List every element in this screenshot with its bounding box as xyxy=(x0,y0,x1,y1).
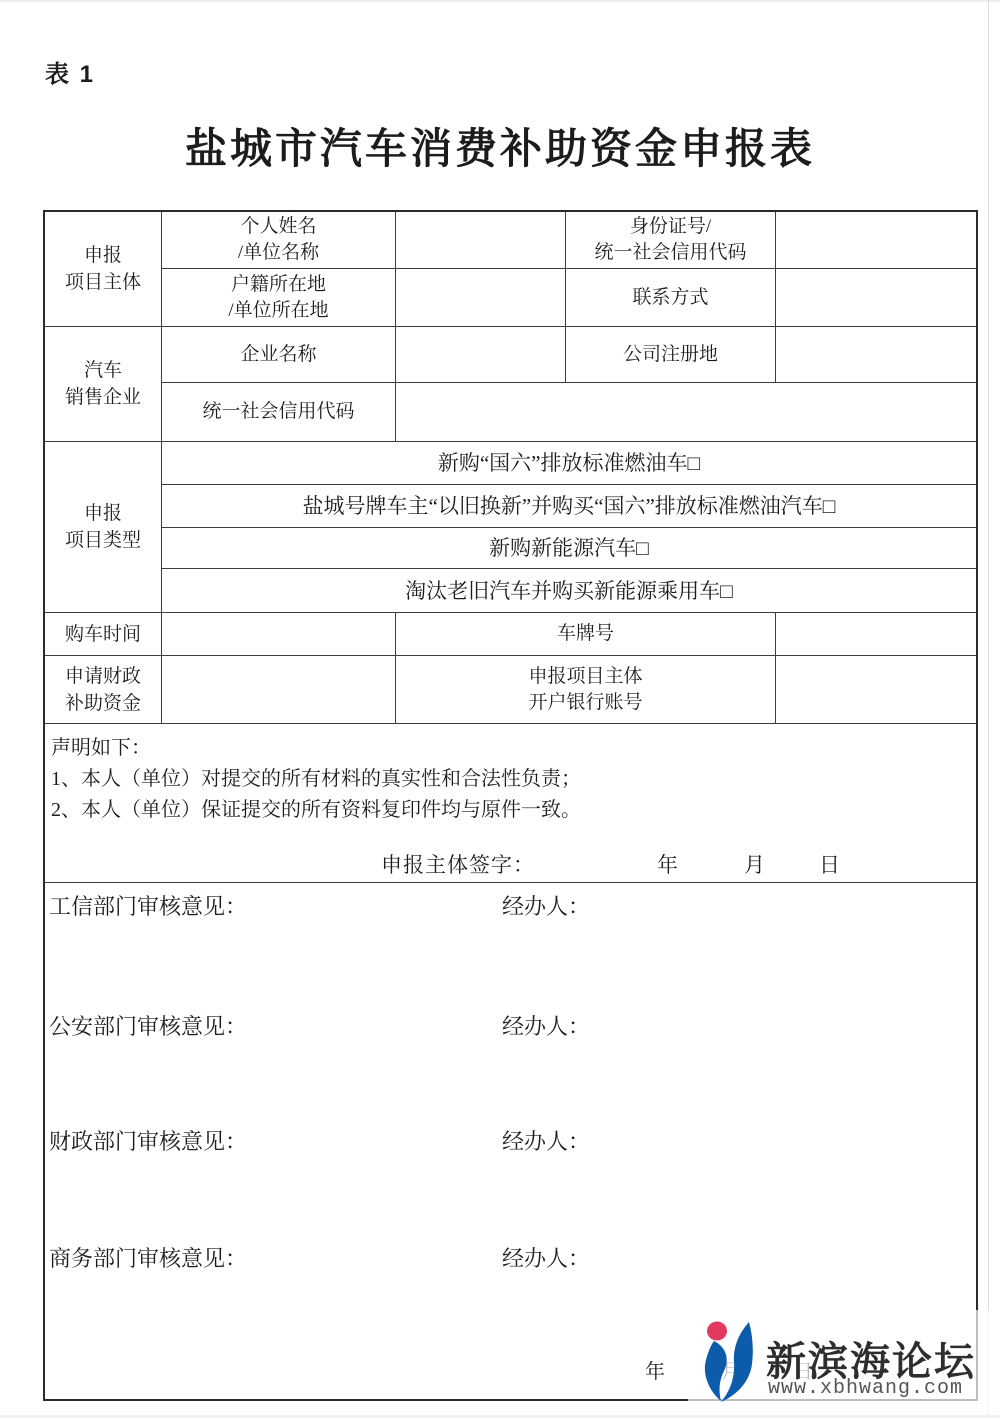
dealer-uscc-label: 统一社会信用代码 xyxy=(162,383,396,441)
checkbox-icon: □ xyxy=(720,579,733,603)
signature-date-month: 月 xyxy=(744,850,765,881)
handler-label: 经办人： xyxy=(502,1014,590,1040)
applicant-address-value-cell xyxy=(396,269,566,326)
project-type-option-row: 盐城号牌车主“以旧换新”并购买“国六”排放标准燃油汽车□ xyxy=(162,485,976,527)
review-date-year: 年 xyxy=(645,1359,665,1385)
declaration-item-1: 1、本人（单位）对提交的所有材料的真实性和合法性负责； xyxy=(51,764,976,795)
dealer-header-line2: 销售企业 xyxy=(65,384,141,411)
review-row-caizheng: 财政部门审核意见： 经办人： xyxy=(49,1129,976,1155)
row-purchase-time: 购车时间 车牌号 xyxy=(45,613,976,656)
checkbox-icon: □ xyxy=(636,536,649,560)
applicant-name-label: 个人姓名 /单位名称 xyxy=(162,212,396,268)
project-type-option-row: 新购新能源汽车□ xyxy=(162,528,976,568)
handler-label: 经办人： xyxy=(502,894,590,920)
applicant-contact-value-cell xyxy=(776,269,976,326)
subsidy-value-cell xyxy=(162,656,396,723)
signature-date-year: 年 xyxy=(657,850,678,881)
logo-figure-left-swoosh xyxy=(705,1341,727,1401)
watermark-site-url: www.xbhwang.com xyxy=(768,1377,963,1400)
dealer-section-header: 汽车 销售企业 xyxy=(45,327,162,441)
project-type-option-row: 新购“国六”排放标准燃油车□ xyxy=(162,442,976,484)
bank-account-value-cell xyxy=(776,656,976,723)
scanned-form-page: 表 1 盐城市汽车消费补助资金申报表 申报 项目主体 个人姓名 /单位名称 身份… xyxy=(0,0,1000,1418)
review-dept-label: 工信部门审核意见： xyxy=(49,894,247,919)
handler-label: 经办人： xyxy=(502,1129,590,1155)
section-declaration: 声明如下： 1、本人（单位）对提交的所有材料的真实性和合法性负责； 2、本人（单… xyxy=(45,724,976,883)
application-form-table: 申报 项目主体 个人姓名 /单位名称 身份证号/ 统一社会信用代码 xyxy=(43,210,978,1401)
signature-date-day: 日 xyxy=(819,850,840,881)
xbhwang-logo-icon xyxy=(699,1320,769,1404)
option-2-label: 盐城号牌车主“以旧换新”并购买“国六”排放标准燃油汽车 xyxy=(303,494,823,518)
scan-edge-top xyxy=(0,0,1000,2)
applicant-section-header: 申报 项目主体 xyxy=(45,212,162,326)
table-number-tag: 表 1 xyxy=(45,54,95,89)
checkbox-icon: □ xyxy=(687,451,700,475)
purchase-time-label: 购车时间 xyxy=(45,613,162,655)
subsidy-label: 申请财政 补助资金 xyxy=(45,656,162,723)
declaration-item-2: 2、本人（单位）保证提交的所有资料复印件均与原件一致。 xyxy=(51,795,976,826)
document-title: 盐城市汽车消费补助资金申报表 xyxy=(0,116,1000,176)
plate-number-label: 车牌号 xyxy=(396,613,776,655)
project-type-header-line1: 申报 xyxy=(84,500,122,527)
applicant-header-line1: 申报 xyxy=(84,242,122,269)
handler-label: 经办人： xyxy=(502,1246,590,1272)
applicant-address-label: 户籍所在地 /单位所在地 xyxy=(162,269,396,326)
option-3-label: 新购新能源汽车 xyxy=(489,536,636,560)
review-dept-label: 公安部门审核意见： xyxy=(49,1014,247,1039)
row-subsidy: 申请财政 补助资金 申报项目主体 开户银行账号 xyxy=(45,656,976,724)
dealer-uscc-value-cell xyxy=(396,383,976,441)
review-row-gongan: 公安部门审核意见： 经办人： xyxy=(49,1014,976,1040)
dealer-company-label: 企业名称 xyxy=(162,327,396,382)
logo-red-dot xyxy=(707,1322,727,1341)
scan-edge-right xyxy=(988,0,989,1418)
option-4-label: 淘汰老旧汽车并购买新能源乘用车 xyxy=(405,579,720,603)
declaration-heading: 声明如下： xyxy=(51,733,976,764)
dealer-header-line1: 汽车 xyxy=(84,357,122,384)
applicant-contact-label: 联系方式 xyxy=(566,269,776,326)
section-project-type: 申报 项目类型 新购“国六”排放标准燃油车□ 盐城号牌车主“以旧换新”并购买“国… xyxy=(45,442,976,613)
option-1-label: 新购“国六”排放标准燃油车 xyxy=(438,451,688,475)
section-dealer: 汽车 销售企业 企业名称 公司注册地 统一社会信用代码 xyxy=(45,327,976,442)
section-applicant: 申报 项目主体 个人姓名 /单位名称 身份证号/ 统一社会信用代码 xyxy=(45,212,976,327)
review-row-gongxin: 工信部门审核意见： 经办人： xyxy=(49,894,976,920)
dealer-registration-label: 公司注册地 xyxy=(566,327,776,382)
review-dept-label: 商务部门审核意见： xyxy=(49,1246,247,1271)
signature-label: 申报主体签字： xyxy=(381,850,535,881)
purchase-time-value-cell xyxy=(162,613,396,655)
project-type-header-line2: 项目类型 xyxy=(65,527,141,554)
review-dept-label: 财政部门审核意见： xyxy=(49,1129,247,1154)
plate-number-value-cell xyxy=(776,613,976,655)
checkbox-icon: □ xyxy=(823,494,836,518)
applicant-id-value-cell xyxy=(776,212,976,268)
declaration-cell: 声明如下： 1、本人（单位）对提交的所有材料的真实性和合法性负责； 2、本人（单… xyxy=(45,724,976,882)
review-row-shangwu: 商务部门审核意见： 经办人： xyxy=(49,1246,976,1272)
project-type-section-header: 申报 项目类型 xyxy=(45,442,162,612)
bank-account-label: 申报项目主体 开户银行账号 xyxy=(396,656,776,723)
project-type-option-row: 淘汰老旧汽车并购买新能源乘用车□ xyxy=(162,569,976,612)
applicant-id-label: 身份证号/ 统一社会信用代码 xyxy=(566,212,776,268)
dealer-company-value-cell xyxy=(396,327,566,382)
applicant-name-value-cell xyxy=(396,212,566,268)
applicant-header-line2: 项目主体 xyxy=(65,269,141,296)
dealer-registration-value-cell xyxy=(776,327,976,382)
